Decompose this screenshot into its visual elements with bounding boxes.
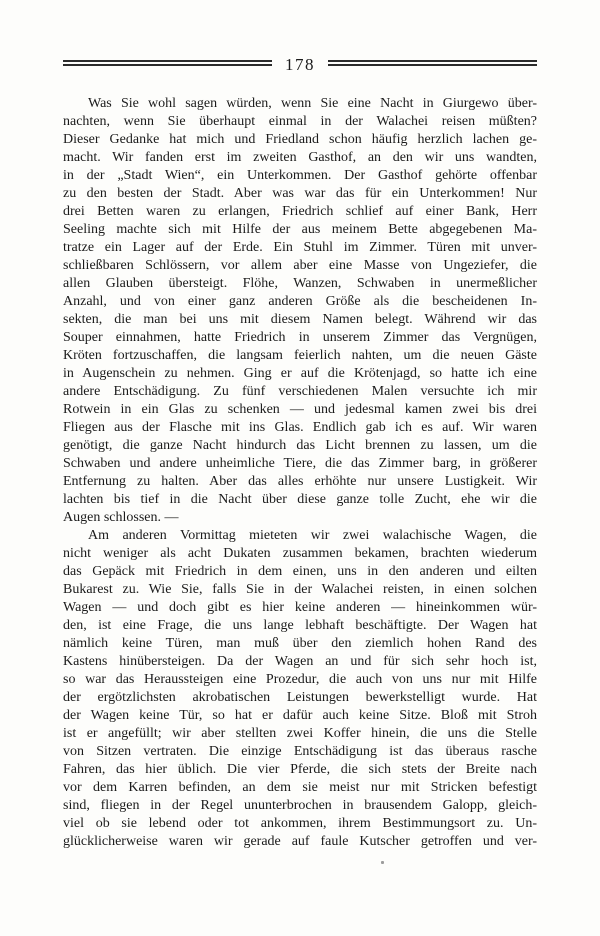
text-line: Entfernung zu halten. Aber das alles erh… — [63, 473, 537, 491]
text-line: in Augenschein zu nehmen. Ging er auf di… — [63, 365, 537, 383]
header-rule-right — [328, 60, 537, 66]
text-line: Seeling machte sich mit Hilfe der aus me… — [63, 221, 537, 239]
text-line: Dieser Gedanke hat mich und Friedland sc… — [63, 131, 537, 149]
text-line: Am anderen Vormittag mieteten wir zwei w… — [63, 527, 537, 545]
book-page: 178 Was Sie wohl sagen würden, wenn Sie … — [0, 0, 600, 936]
text-line: Schwaben und andere unheimliche Tiere, d… — [63, 455, 537, 473]
text-line: vor dem Karren befinden, an dem sie meis… — [63, 779, 537, 797]
text-line: so war das Heraussteigen eine Prozedur, … — [63, 671, 537, 689]
text-line: Kröten fortzuschaffen, die langsam feier… — [63, 347, 537, 365]
paragraph: Was Sie wohl sagen würden, wenn Sie eine… — [63, 95, 537, 527]
text-line: Anzahl, und von einer ganz anderen Größe… — [63, 293, 537, 311]
scan-speck — [381, 861, 384, 864]
text-line: das Gepäck mit Friedrich in dem einen, u… — [63, 563, 537, 581]
text-line: Wagen — und doch gibt es hier keine ande… — [63, 599, 537, 617]
text-line: Fliegen aus der Flasche mit ins Glas. En… — [63, 419, 537, 437]
header-rule-left — [63, 60, 272, 66]
text-line: Fahren, das hier üblich. Die vier Pferde… — [63, 761, 537, 779]
text-line: drei Betten waren zu erlangen, Friedrich… — [63, 203, 537, 221]
text-line: andere Entschädigung. Zu fünf verschiede… — [63, 383, 537, 401]
text-line: den, ist eine Frage, die uns lange lebha… — [63, 617, 537, 635]
text-line: Bukarest zu. Wie Sie, falls Sie in der W… — [63, 581, 537, 599]
paragraph: Am anderen Vormittag mieteten wir zwei w… — [63, 527, 537, 851]
text-line: von Sitzen vertraten. Die einzige Entsch… — [63, 743, 537, 761]
text-line: Was Sie wohl sagen würden, wenn Sie eine… — [63, 95, 537, 113]
text-line: Souper einnahmen, hatte Friedrich in uns… — [63, 329, 537, 347]
text-line: der ergötzlichsten akrobatischen Leistun… — [63, 689, 537, 707]
text-line: nämlich keine Türen, man muß über den zi… — [63, 635, 537, 653]
text-line: viel ob sie lebend oder tot ankommen, ih… — [63, 815, 537, 833]
text-line: Rotwein in ein Glas zu schenken — und je… — [63, 401, 537, 419]
text-line: schließbaren Schlössern, vor allem aber … — [63, 257, 537, 275]
text-line: tratze ein Lager auf der Erde. Ein Stuhl… — [63, 239, 537, 257]
text-line: genötigt, die ganze Nacht hindurch das L… — [63, 437, 537, 455]
text-line: allen Glauben übersteigt. Flöhe, Wanzen,… — [63, 275, 537, 293]
text-line: glücklicherweise waren wir gerade auf fa… — [63, 833, 537, 851]
text-line: nicht weniger als acht Dukaten zusammen … — [63, 545, 537, 563]
text-line: sind, fliegen in der Regel ununterbroche… — [63, 797, 537, 815]
text-line: Augen schlossen. — — [63, 509, 537, 527]
text-block: Was Sie wohl sagen würden, wenn Sie eine… — [63, 95, 537, 851]
text-line: ist er angefüllt; wir aber stellten zwei… — [63, 725, 537, 743]
text-line: lachten bis tief in die Nacht über diese… — [63, 491, 537, 509]
text-line: sekten, die man bei uns mit diesem Namen… — [63, 311, 537, 329]
text-line: macht. Wir fanden erst im zweiten Gastho… — [63, 149, 537, 167]
page-number: 178 — [285, 56, 315, 73]
text-line: nachten, wenn Sie überhaupt einmal in de… — [63, 113, 537, 131]
text-line: der Wagen keine Tür, so hat er dafür auc… — [63, 707, 537, 725]
page-header: 178 — [63, 50, 537, 76]
text-line: in der „Stadt Wien“, ein Unterkommen. De… — [63, 167, 537, 185]
text-line: zu den besten der Stadt. Aber was war da… — [63, 185, 537, 203]
text-line: Kastens hinübersteigen. Da der Wagen an … — [63, 653, 537, 671]
